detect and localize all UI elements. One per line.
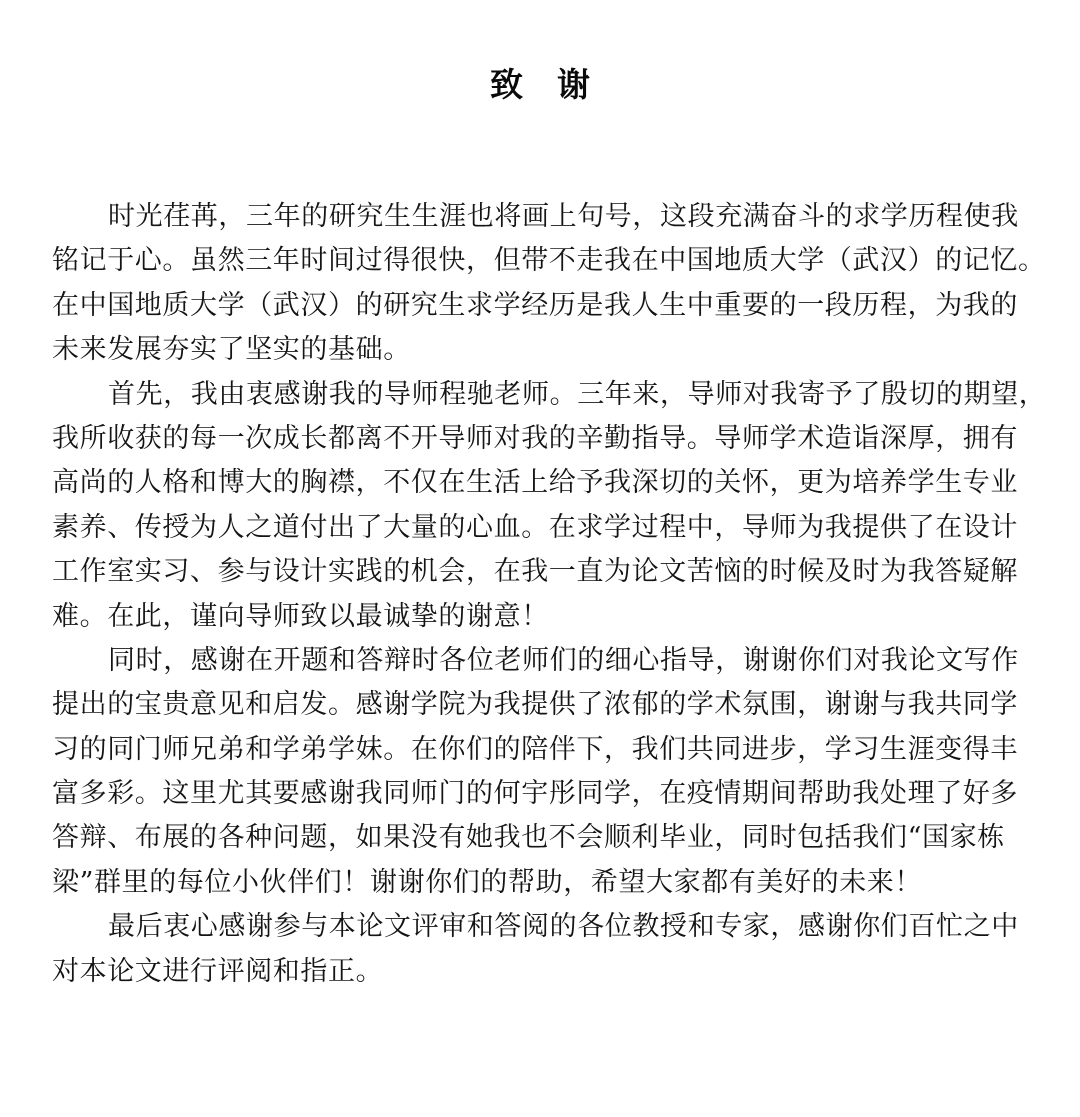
paragraph-line: 高尚的人格和博大的胸襟，不仅在生活上给予我深切的关怀，更为培养学生专业 [52, 461, 1012, 505]
paragraph-line: 梁”群里的每位小伙伴们！谢谢你们的帮助，希望大家都有美好的未来！ [52, 861, 1012, 905]
paragraph-line: 首先，我由衷感谢我的导师程驰老师。三年来，导师对我寄予了殷切的期望， [52, 373, 1012, 417]
document-page: 致谢 时光荏苒，三年的研究生生涯也将画上句号，这段充满奋斗的求学历程使我 铭记于… [0, 0, 1080, 1117]
paragraph-line: 时光荏苒，三年的研究生生涯也将画上句号，这段充满奋斗的求学历程使我 [52, 195, 1012, 239]
paragraph-line: 难。在此，谨向导师致以最诚挚的谢意！ [52, 595, 1012, 639]
document-body: 时光荏苒，三年的研究生生涯也将画上句号，这段充满奋斗的求学历程使我 铭记于心。虽… [52, 195, 1012, 994]
page-title: 致谢 [0, 62, 1080, 108]
paragraph-advisor: 首先，我由衷感谢我的导师程驰老师。三年来，导师对我寄予了殷切的期望， 我所收获的… [52, 373, 1012, 639]
paragraph-line: 对本论文进行评阅和指正。 [52, 950, 1012, 994]
paragraph-line: 未来发展夯实了坚实的基础。 [52, 328, 1012, 372]
paragraph-line: 我所收获的每一次成长都离不开导师对我的辛勤指导。导师学术造诣深厚，拥有 [52, 417, 1012, 461]
paragraph-line: 答辩、布展的各种问题，如果没有她我也不会顺利毕业，同时包括我们“国家栋 [52, 816, 1012, 860]
paragraph-line: 习的同门师兄弟和学弟学妹。在你们的陪伴下，我们共同进步，学习生涯变得丰 [52, 728, 1012, 772]
paragraph-peers: 同时，感谢在开题和答辩时各位老师们的细心指导，谢谢你们对我论文写作 提出的宝贵意… [52, 639, 1012, 905]
paragraph-line: 在中国地质大学（武汉）的研究生求学经历是我人生中重要的一段历程，为我的 [52, 284, 1012, 328]
paragraph-line: 富多彩。这里尤其要感谢我同师门的何宇彤同学，在疫情期间帮助我处理了好多 [52, 772, 1012, 816]
paragraph-line: 同时，感谢在开题和答辩时各位老师们的细心指导，谢谢你们对我论文写作 [52, 639, 1012, 683]
paragraph-line: 提出的宝贵意见和启发。感谢学院为我提供了浓郁的学术氛围，谢谢与我共同学 [52, 683, 1012, 727]
paragraph-line: 工作室实习、参与设计实践的机会，在我一直为论文苦恼的时候及时为我答疑解 [52, 550, 1012, 594]
paragraph-line: 素养、传授为人之道付出了大量的心血。在求学过程中，导师为我提供了在设计 [52, 506, 1012, 550]
paragraph-line: 铭记于心。虽然三年时间过得很快，但带不走我在中国地质大学（武汉）的记忆。 [52, 239, 1012, 283]
paragraph-intro: 时光荏苒，三年的研究生生涯也将画上句号，这段充满奋斗的求学历程使我 铭记于心。虽… [52, 195, 1012, 373]
paragraph-reviewers: 最后衷心感谢参与本论文评审和答阅的各位教授和专家，感谢你们百忙之中 对本论文进行… [52, 905, 1012, 994]
paragraph-line: 最后衷心感谢参与本论文评审和答阅的各位教授和专家，感谢你们百忙之中 [52, 905, 1012, 949]
